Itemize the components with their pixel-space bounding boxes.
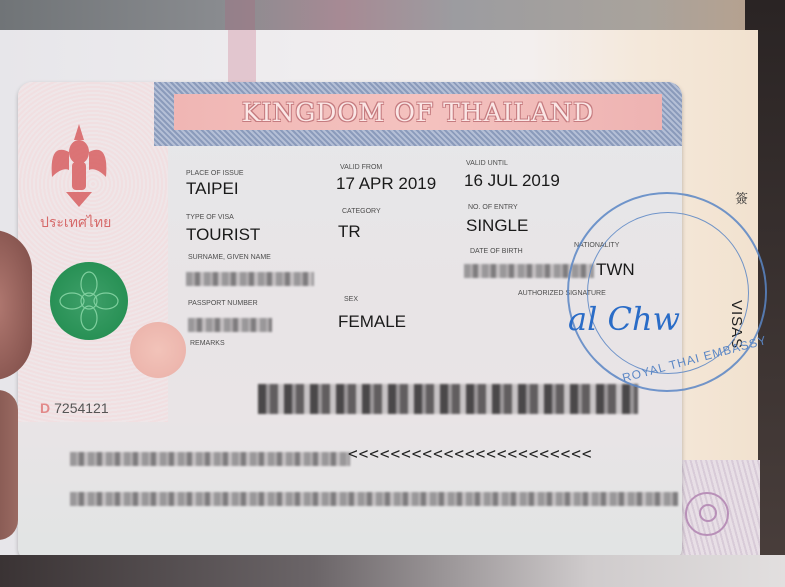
page-swirl-emblem: [685, 492, 729, 536]
page-label-chinese: 簽: [735, 188, 748, 207]
no-of-entry-value: SINGLE: [466, 216, 528, 236]
place-of-issue-label: PLACE OF ISSUE: [186, 170, 244, 177]
passport-number-label: PASSPORT NUMBER: [188, 300, 258, 307]
thumb: [0, 230, 32, 380]
redacted-remarks: [258, 384, 638, 414]
visa-header-banner: KINGDOM OF THAILAND: [154, 82, 682, 146]
pink-security-seal: [130, 322, 186, 378]
redacted-name: [186, 272, 314, 286]
visa-header-title: KINGDOM OF THAILAND: [242, 98, 594, 127]
date-of-birth-label: DATE OF BIRTH: [470, 248, 523, 255]
mrz-line-1-filler: <<<<<<<<<<<<<<<<<<<<<<<: [348, 444, 593, 463]
remarks-label: REMARKS: [190, 340, 225, 347]
redacted-mrz-line-2: [70, 492, 678, 506]
flower-pattern-icon: [50, 262, 128, 340]
visa-serial-number: D7254121: [40, 400, 109, 416]
sex-label: SEX: [344, 296, 358, 303]
valid-from-label: VALID FROM: [340, 164, 382, 171]
place-of-issue-value: TAIPEI: [186, 179, 239, 199]
category-value: TR: [338, 222, 361, 242]
redacted-mrz-line-1: [70, 452, 350, 466]
no-of-entry-label: NO. OF ENTRY: [468, 204, 518, 211]
sex-value: FEMALE: [338, 312, 406, 332]
valid-until-label: VALID UNTIL: [466, 160, 508, 167]
garuda-emblem-icon: [44, 122, 114, 212]
redacted-passport-number: [188, 318, 272, 332]
valid-from-value: 17 APR 2019: [336, 174, 436, 194]
page-security-band: [228, 30, 256, 90]
type-of-visa-label: TYPE OF VISA: [186, 214, 234, 221]
category-label: CATEGORY: [342, 208, 381, 215]
valid-until-value: 16 JUL 2019: [464, 171, 560, 191]
thai-country-name: ประเทศไทย: [40, 212, 111, 234]
surname-given-name-label: SURNAME, GIVEN NAME: [188, 254, 271, 261]
photo-scene: 簽 VISAS KINGDOM OF THAILAND ประเทศไทย: [0, 0, 785, 587]
green-security-seal: [50, 262, 128, 340]
page-below: [0, 555, 785, 587]
type-of-visa-value: TOURIST: [186, 225, 260, 245]
consular-signature: al Chw: [568, 300, 680, 338]
finger: [0, 390, 18, 540]
